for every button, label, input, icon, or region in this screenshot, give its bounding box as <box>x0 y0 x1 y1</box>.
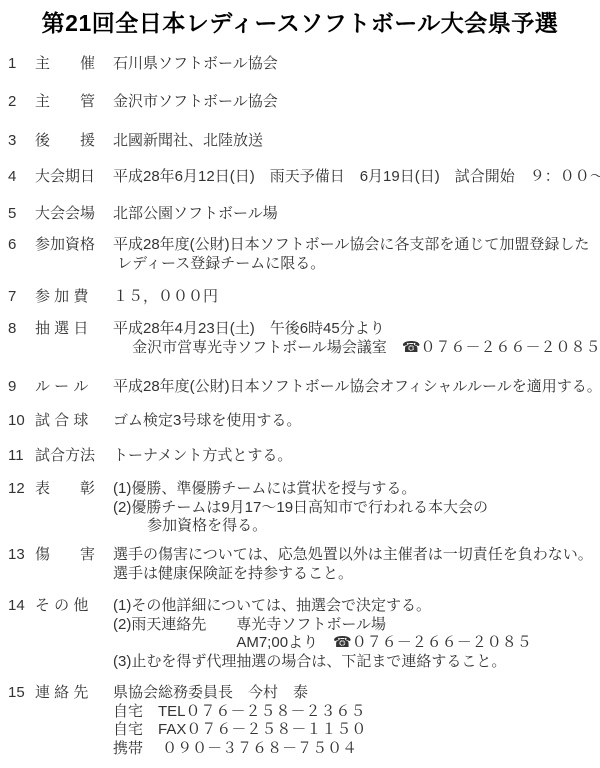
item-number: 7 <box>0 288 35 307</box>
item-row-sponsor: 1 主 催 石川県ソフトボール協会 <box>0 55 596 74</box>
item-label: 傷 害 <box>35 546 113 565</box>
item-label: ル ー ル <box>35 378 113 397</box>
item-content: 石川県ソフトボール協会 <box>113 55 596 74</box>
item-label: 参 加 費 <box>35 288 113 307</box>
item-line: 平成28年度(公財)日本ソフトボール協会に各支部を通じて加盟登録した <box>113 236 596 255</box>
item-line: (1)その他詳細については、抽選会で決定する。 <box>113 597 596 616</box>
item-row-awards: 12 表 彰 (1)優勝、準優勝チームには賞状を授与する。 (2)優勝チームは9… <box>0 480 596 536</box>
item-line: 北部公園ソフトボール場 <box>113 205 596 224</box>
item-row-contact: 15 連 絡 先 県協会総務委員長 今村 泰 自宅 TEL０７６－２５８－２３６… <box>0 684 596 758</box>
item-line: 金沢市ソフトボール協会 <box>113 93 596 112</box>
item-label: 大会期日 <box>35 168 113 187</box>
item-line: (2)優勝チームは9月17～19日高知市で行われる本大会の <box>113 499 596 518</box>
item-number: 10 <box>0 412 35 431</box>
item-line: レディース登録チームに限る。 <box>113 255 596 274</box>
item-row-other: 14 そ の 他 (1)その他詳細については、抽選会で決定する。 (2)雨天連絡… <box>0 597 596 671</box>
item-line: 県協会総務委員長 今村 泰 <box>113 684 596 703</box>
item-label: 連 絡 先 <box>35 684 113 703</box>
item-number: 15 <box>0 684 35 703</box>
item-label: 試 合 球 <box>35 412 113 431</box>
item-content: (1)その他詳細については、抽選会で決定する。 (2)雨天連絡先 専光寺ソフトボ… <box>113 597 596 671</box>
item-label: 表 彰 <box>35 480 113 499</box>
item-line: 携帯 ０９０－３７６８－７５０４ <box>113 740 596 759</box>
item-line: 平成28年度(公財)日本ソフトボール協会オフィシャルルールを適用する。 <box>113 378 600 397</box>
item-number: 1 <box>0 55 35 74</box>
item-content: 平成28年度(公財)日本ソフトボール協会に各支部を通じて加盟登録した レディース… <box>113 236 596 273</box>
item-number: 4 <box>0 168 35 187</box>
item-label: 試合方法 <box>35 447 113 466</box>
item-content: 北部公園ソフトボール場 <box>113 205 596 224</box>
item-number: 11 <box>0 447 35 466</box>
item-row-entry-fee: 7 参 加 費 １５，０００円 <box>0 288 596 307</box>
item-line: (1)優勝、準優勝チームには賞状を授与する。 <box>113 480 596 499</box>
item-line: (2)雨天連絡先 専光寺ソフトボール場 <box>113 616 596 635</box>
item-label: そ の 他 <box>35 597 113 616</box>
item-label: 参加資格 <box>35 236 113 255</box>
document-page: 第21回全日本レディースソフトボール大会県予選 1 主 催 石川県ソフトボール協… <box>0 0 600 768</box>
item-line: 平成28年4月23日(土) 午後6時45分より <box>113 320 600 339</box>
item-line: 石川県ソフトボール協会 <box>113 55 596 74</box>
item-line: 北國新聞社、北陸放送 <box>113 132 596 151</box>
item-content: ゴム検定3号球を使用する。 <box>113 412 596 431</box>
item-number: 9 <box>0 378 35 397</box>
item-content: 金沢市ソフトボール協会 <box>113 93 596 112</box>
item-content: トーナメント方式とする。 <box>113 447 596 466</box>
item-line-with-phone-icon: 金沢市営専光寺ソフトボール場会議室 ☎０７６－２６６－２０８５ <box>113 339 600 358</box>
item-label: 抽 選 日 <box>35 320 113 339</box>
item-label: 主 催 <box>35 55 113 74</box>
item-number: 14 <box>0 597 35 616</box>
item-line: 自宅 TEL０７６－２５８－２３６５ <box>113 703 596 722</box>
page-title: 第21回全日本レディースソフトボール大会県予選 <box>0 5 600 38</box>
item-line: (3)止むを得ず代理抽選の場合は、下記まで連絡すること。 <box>113 653 596 672</box>
item-number: 12 <box>0 480 35 499</box>
item-number: 2 <box>0 93 35 112</box>
item-label: 後 援 <box>35 132 113 151</box>
item-number: 8 <box>0 320 35 339</box>
item-row-eligibility: 6 参加資格 平成28年度(公財)日本ソフトボール協会に各支部を通じて加盟登録し… <box>0 236 596 273</box>
item-line-with-phone-icon: AM7;00より ☎０７６－２６６－２０８５ <box>113 634 596 653</box>
item-row-venue: 5 大会会場 北部公園ソフトボール場 <box>0 205 596 224</box>
item-label: 主 管 <box>35 93 113 112</box>
item-row-rules: 9 ル ー ル 平成28年度(公財)日本ソフトボール協会オフィシャルルールを適用… <box>0 378 596 397</box>
item-line: 選手は健康保険証を持参すること。 <box>113 565 596 584</box>
item-line: 参加資格を得る。 <box>113 517 596 536</box>
item-row-date: 4 大会期日 平成28年6月12日(日) 雨天予備日 6月19日(日) 試合開始… <box>0 168 596 187</box>
item-content: 平成28年度(公財)日本ソフトボール協会オフィシャルルールを適用する。 <box>113 378 600 397</box>
item-content: 北國新聞社、北陸放送 <box>113 132 596 151</box>
item-line: 平成28年6月12日(日) 雨天予備日 6月19日(日) 試合開始 ９：００～ <box>113 168 600 187</box>
item-content: 平成28年6月12日(日) 雨天予備日 6月19日(日) 試合開始 ９：００～ <box>113 168 600 187</box>
item-content: 選手の傷害については、応急処置以外は主催者は一切責任を負わない。 選手は健康保険… <box>113 546 596 583</box>
item-row-management: 2 主 管 金沢市ソフトボール協会 <box>0 93 596 112</box>
item-content: １５，０００円 <box>113 288 596 307</box>
item-label: 大会会場 <box>35 205 113 224</box>
item-line: 選手の傷害については、応急処置以外は主催者は一切責任を負わない。 <box>113 546 596 565</box>
item-content: 平成28年4月23日(土) 午後6時45分より 金沢市営専光寺ソフトボール場会議… <box>113 320 600 357</box>
item-line: 自宅 FAX０７６－２５８－１１５０ <box>113 721 596 740</box>
item-number: 6 <box>0 236 35 255</box>
item-row-injury: 13 傷 害 選手の傷害については、応急処置以外は主催者は一切責任を負わない。 … <box>0 546 596 583</box>
item-row-game-format: 11 試合方法 トーナメント方式とする。 <box>0 447 596 466</box>
item-content: 県協会総務委員長 今村 泰 自宅 TEL０７６－２５８－２３６５ 自宅 FAX０… <box>113 684 596 758</box>
item-number: 3 <box>0 132 35 151</box>
item-line: トーナメント方式とする。 <box>113 447 596 466</box>
item-number: 5 <box>0 205 35 224</box>
item-row-lottery-date: 8 抽 選 日 平成28年4月23日(土) 午後6時45分より 金沢市営専光寺ソ… <box>0 320 596 357</box>
item-line: １５，０００円 <box>113 288 596 307</box>
item-number: 13 <box>0 546 35 565</box>
item-row-game-ball: 10 試 合 球 ゴム検定3号球を使用する。 <box>0 412 596 431</box>
item-line: ゴム検定3号球を使用する。 <box>113 412 596 431</box>
item-content: (1)優勝、準優勝チームには賞状を授与する。 (2)優勝チームは9月17～19日… <box>113 480 596 536</box>
item-row-support: 3 後 援 北國新聞社、北陸放送 <box>0 132 596 151</box>
